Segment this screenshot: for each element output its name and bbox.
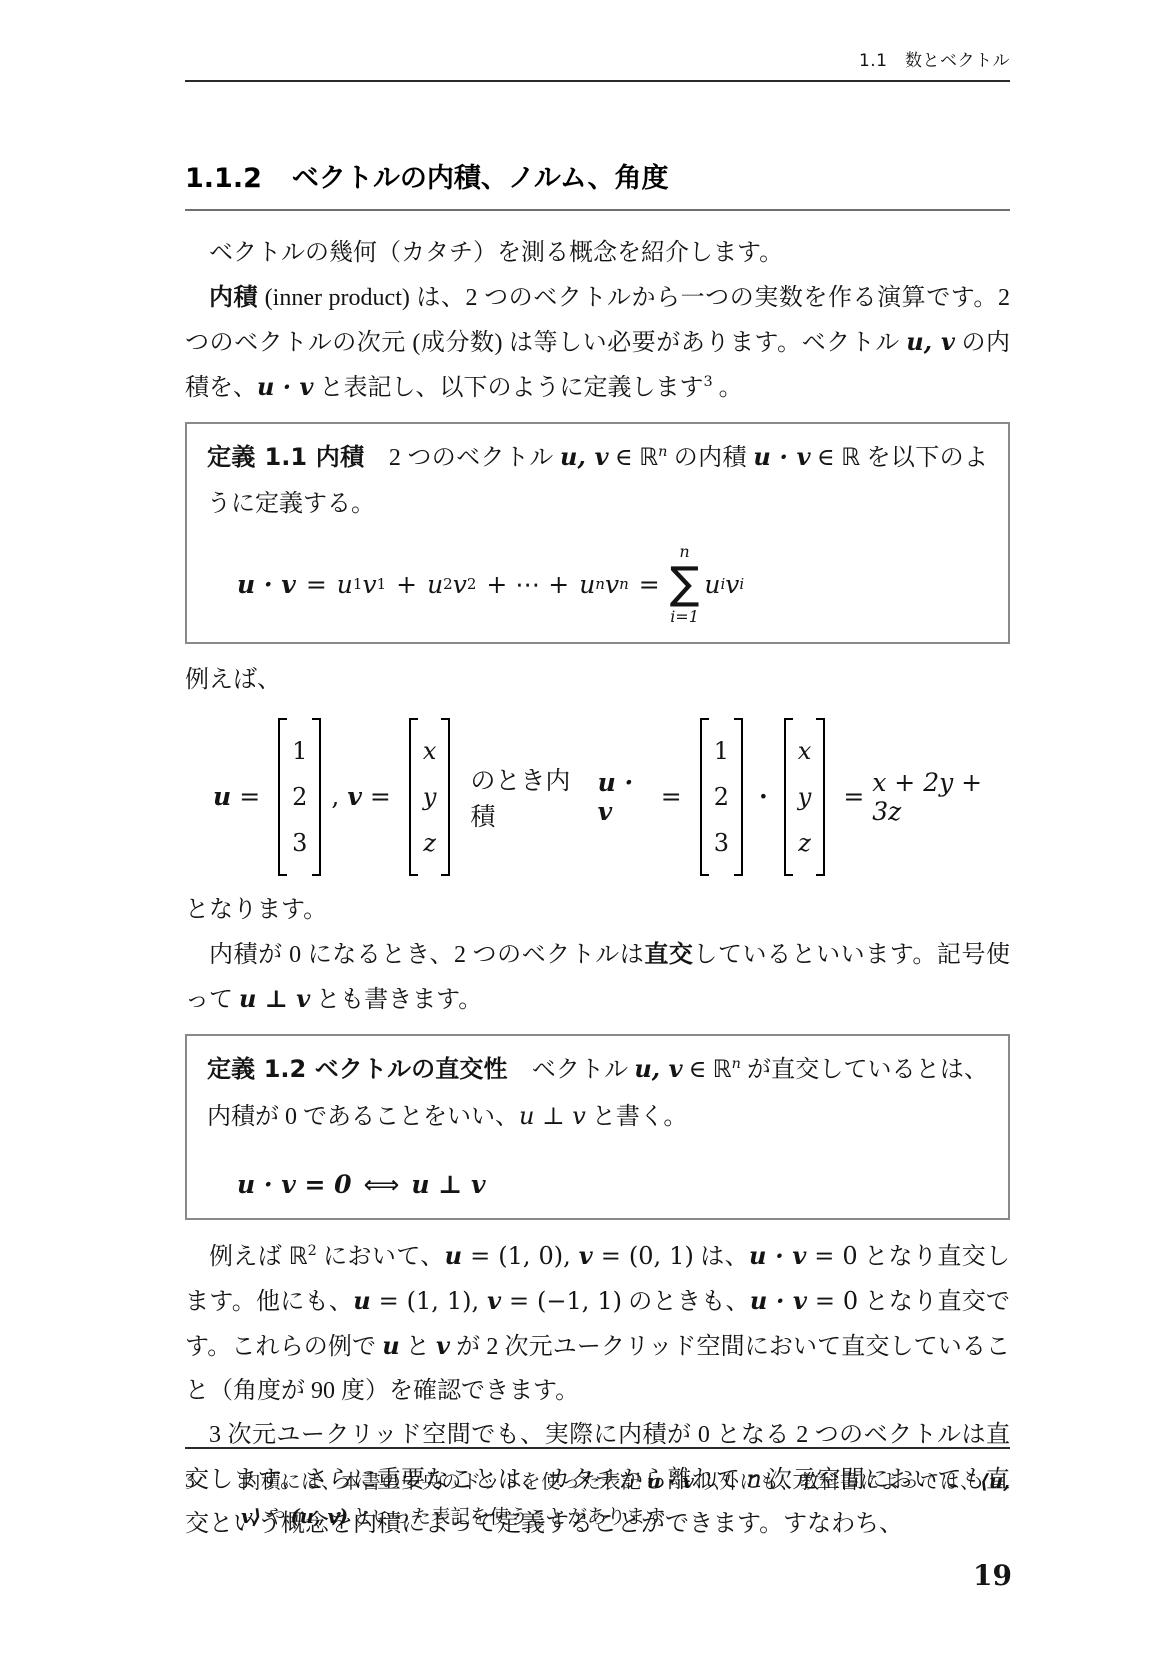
definition-box-1-2: 定義 1.2 ベクトルの直交性 ベクトル u, v ∈ ℝn が直交しているとは… [185, 1034, 1010, 1220]
definition-1-2-title: 定義 1.2 ベクトルの直交性 [207, 1055, 508, 1083]
text-run: のときも、 [622, 1289, 750, 1315]
math-run: u [579, 570, 595, 599]
math-run: u · v [753, 442, 810, 471]
vector-entry: y [423, 774, 437, 820]
text-run: の内積 [667, 445, 753, 471]
column-vector-v: x y z [409, 718, 451, 876]
column-vector-u: 1 2 3 [278, 718, 321, 876]
ellipsis-terms: + ⋯ + [486, 570, 569, 599]
math-run: v [725, 570, 739, 599]
math-run: v [579, 1241, 593, 1270]
math-run: u · v [237, 570, 296, 599]
equals-sign: = [639, 570, 660, 599]
math-run: = (1, 0), [462, 1242, 579, 1270]
text-run: とも書きます。 [310, 987, 482, 1013]
vector-entry: 1 [292, 728, 307, 774]
real-number-symbol: ℝ [713, 1055, 732, 1083]
paragraph-intro: ベクトルの幾何（カタチ）を測る概念を紹介します。 [185, 231, 1010, 275]
math-run: u ⊥ v [239, 984, 310, 1013]
real-number-symbol: ℝ [841, 443, 860, 471]
text-run: と表記し、以下のように定義します [313, 375, 703, 401]
math-run: v [487, 1286, 501, 1315]
equals-sign: = [661, 782, 682, 811]
math-run: v [453, 570, 467, 599]
vector-entry: 3 [714, 820, 729, 866]
math-run: u, v [634, 1054, 682, 1083]
math-run: u ⊥ v [519, 1102, 586, 1130]
equals-sign: = [239, 782, 260, 811]
math-run: = (−1, 1) [501, 1287, 622, 1315]
text-run: 内積が 0 になるとき、2 つのベクトルは [209, 942, 644, 968]
text-run: といった表記を使うことがあります [348, 1507, 665, 1528]
text-run: 以外にも、教科書によっては、 [694, 1472, 980, 1493]
math-run: u · v = 0 [237, 1170, 352, 1199]
comma: , [331, 782, 339, 811]
vector-entry: 2 [714, 774, 729, 820]
equals-sign: = [370, 782, 391, 811]
sum-lower-limit: i=1 [670, 608, 699, 626]
text-run: ∈ [609, 445, 640, 471]
vector-entry: z [423, 820, 436, 866]
footnote-row: 3 内積には、本書の中央のドットを使った表記 u · v 以外にも、教科書によっ… [185, 1465, 1010, 1535]
equation-orthogonality: u · v = 0⟺u ⊥ v [237, 1170, 988, 1200]
math-run: u [445, 1241, 462, 1270]
section-title: ベクトルの内積、ノルム、角度 [292, 163, 669, 194]
text-run: 2 つのベクトル [365, 445, 560, 471]
math-run: v [436, 1331, 450, 1360]
text-run: 。 [713, 375, 743, 401]
vector-entry: 3 [292, 820, 307, 866]
footnote-area: 3 内積には、本書の中央のドットを使った表記 u · v 以外にも、教科書によっ… [185, 1447, 1010, 1535]
emphasis-chokkou: 直交 [644, 940, 693, 968]
definition-1-2-body: 定義 1.2 ベクトルの直交性 ベクトル u, v ∈ ℝn が直交しているとは… [207, 1046, 988, 1140]
math-run: = (1, 1), [371, 1287, 487, 1315]
math-run: = (0, 1) [593, 1242, 694, 1270]
text-run: ベクトルの幾何（カタチ）を測る概念を紹介します。 [209, 240, 783, 266]
math-run: u [353, 1286, 370, 1315]
text-run: ∈ [811, 445, 842, 471]
dimension-superscript: n [658, 444, 667, 460]
text-run: (inner product) は、2 つのベクトルから一つの実数を作る演算です… [185, 285, 1010, 356]
footnote-text: 内積には、本書の中央のドットを使った表記 u · v 以外にも、教科書によっては… [241, 1465, 1010, 1535]
vector-entry: y [798, 774, 812, 820]
vector-v-label: v [347, 782, 362, 811]
math-run: = 0 [807, 1287, 858, 1315]
text-run: において、 [317, 1244, 445, 1270]
equals-sign: = [306, 570, 327, 599]
footnote-marker: 3 [703, 374, 712, 390]
text-run: となります。 [185, 897, 327, 923]
dimension-superscript: 2 [308, 1243, 317, 1259]
column-vector-v-repeat: x y z [784, 718, 826, 876]
real-number-symbol: ℝ [639, 443, 658, 471]
math-run: u [337, 570, 353, 599]
dot-operator: · [759, 782, 768, 811]
definition-box-1-1: 定義 1.1 内積 2 つのベクトル u, v ∈ ℝn の内積 u · v ∈… [185, 422, 1010, 644]
text-run: と書く。 [586, 1104, 688, 1130]
emphasis-naiseki: 内積 [209, 283, 258, 311]
dimension-superscript: n [732, 1056, 741, 1072]
math-run: u · v [750, 1286, 807, 1315]
text-run: 例えば [209, 1244, 289, 1270]
real-number-symbol: ℝ [289, 1242, 308, 1270]
math-run: = 0 [806, 1242, 857, 1270]
section-number: 1.1.2 [185, 163, 262, 194]
plus-sign: + [396, 570, 417, 599]
definition-1-1-title: 定義 1.1 内積 [207, 443, 365, 471]
paragraph-r2-examples: 例えば ℝ2 において、u = (1, 0), v = (0, 1) は、u ·… [185, 1234, 1010, 1413]
paragraph-inner-product: 内積 (inner product) は、2 つのベクトルから一つの実数を作る演… [185, 275, 1010, 410]
math-run: u, v [906, 327, 955, 356]
vector-entry: z [798, 820, 811, 866]
paragraph-example-lead: 例えば、 [185, 658, 1010, 702]
math-run: u, v [560, 442, 609, 471]
text-run: のとき内積 [470, 761, 587, 833]
math-run: (u, v) [291, 1505, 349, 1528]
equation-vector-example: u = 1 2 3 , v = x y z のとき内積 u · v = 1 2 … [213, 718, 1010, 876]
summation-symbol: n ∑ i=1 [670, 543, 700, 626]
paragraph-orthogonal-intro: 内積が 0 になるとき、2 つのベクトルは直交しているといいます。記号使って u… [185, 932, 1010, 1022]
text-run: は、 [694, 1244, 749, 1270]
vector-entry: 1 [714, 728, 729, 774]
math-run: u [427, 570, 443, 599]
vector-entry: x [798, 728, 812, 774]
math-run: u · v [749, 1241, 806, 1270]
vector-entry: x [423, 728, 437, 774]
page-number: 19 [973, 1559, 1012, 1592]
text-run: と [400, 1334, 436, 1360]
math-run: u ⊥ v [411, 1170, 485, 1199]
math-run: u · v [598, 768, 653, 826]
text-run: 例えば、 [185, 667, 281, 693]
vector-u-label: u [213, 782, 231, 811]
column-vector-u-repeat: 1 2 3 [700, 718, 743, 876]
paragraph-example-close: となります。 [185, 888, 1010, 932]
running-header-text: 1.1 数とベクトル [859, 51, 1010, 71]
text-run: ∈ [683, 1057, 713, 1083]
text-run: ベクトル [508, 1057, 635, 1083]
vector-entry: 2 [292, 774, 307, 820]
text-run: や [261, 1507, 290, 1528]
math-run: u [382, 1331, 399, 1360]
iff-arrow-icon: ⟺ [364, 1170, 400, 1199]
sigma-icon: ∑ [670, 561, 700, 607]
math-run: x + 2y + 3z [872, 768, 1010, 826]
running-header: 1.1 数とベクトル [185, 46, 1010, 82]
definition-1-1-body: 定義 1.1 内積 2 つのベクトル u, v ∈ ℝn の内積 u · v ∈… [207, 434, 988, 527]
text-run: 内積には、本書の中央のドットを使った表記 [241, 1472, 647, 1493]
equals-sign: = [843, 782, 864, 811]
math-run: v [362, 570, 376, 599]
textbook-page: 1.1 数とベクトル 1.1.2ベクトルの内積、ノルム、角度 ベクトルの幾何（カ… [0, 0, 1165, 1654]
math-run: u [704, 570, 720, 599]
footnote-number: 3 [185, 1465, 241, 1535]
section-heading: 1.1.2ベクトルの内積、ノルム、角度 [185, 156, 1010, 211]
equation-inner-product-definition: u · v = u1v1 + u2v2 + ⋯ + unvn = n ∑ i=1… [237, 543, 988, 626]
math-run: u · v [647, 1470, 694, 1493]
math-run: v [605, 570, 619, 599]
math-run: u · v [257, 372, 313, 401]
